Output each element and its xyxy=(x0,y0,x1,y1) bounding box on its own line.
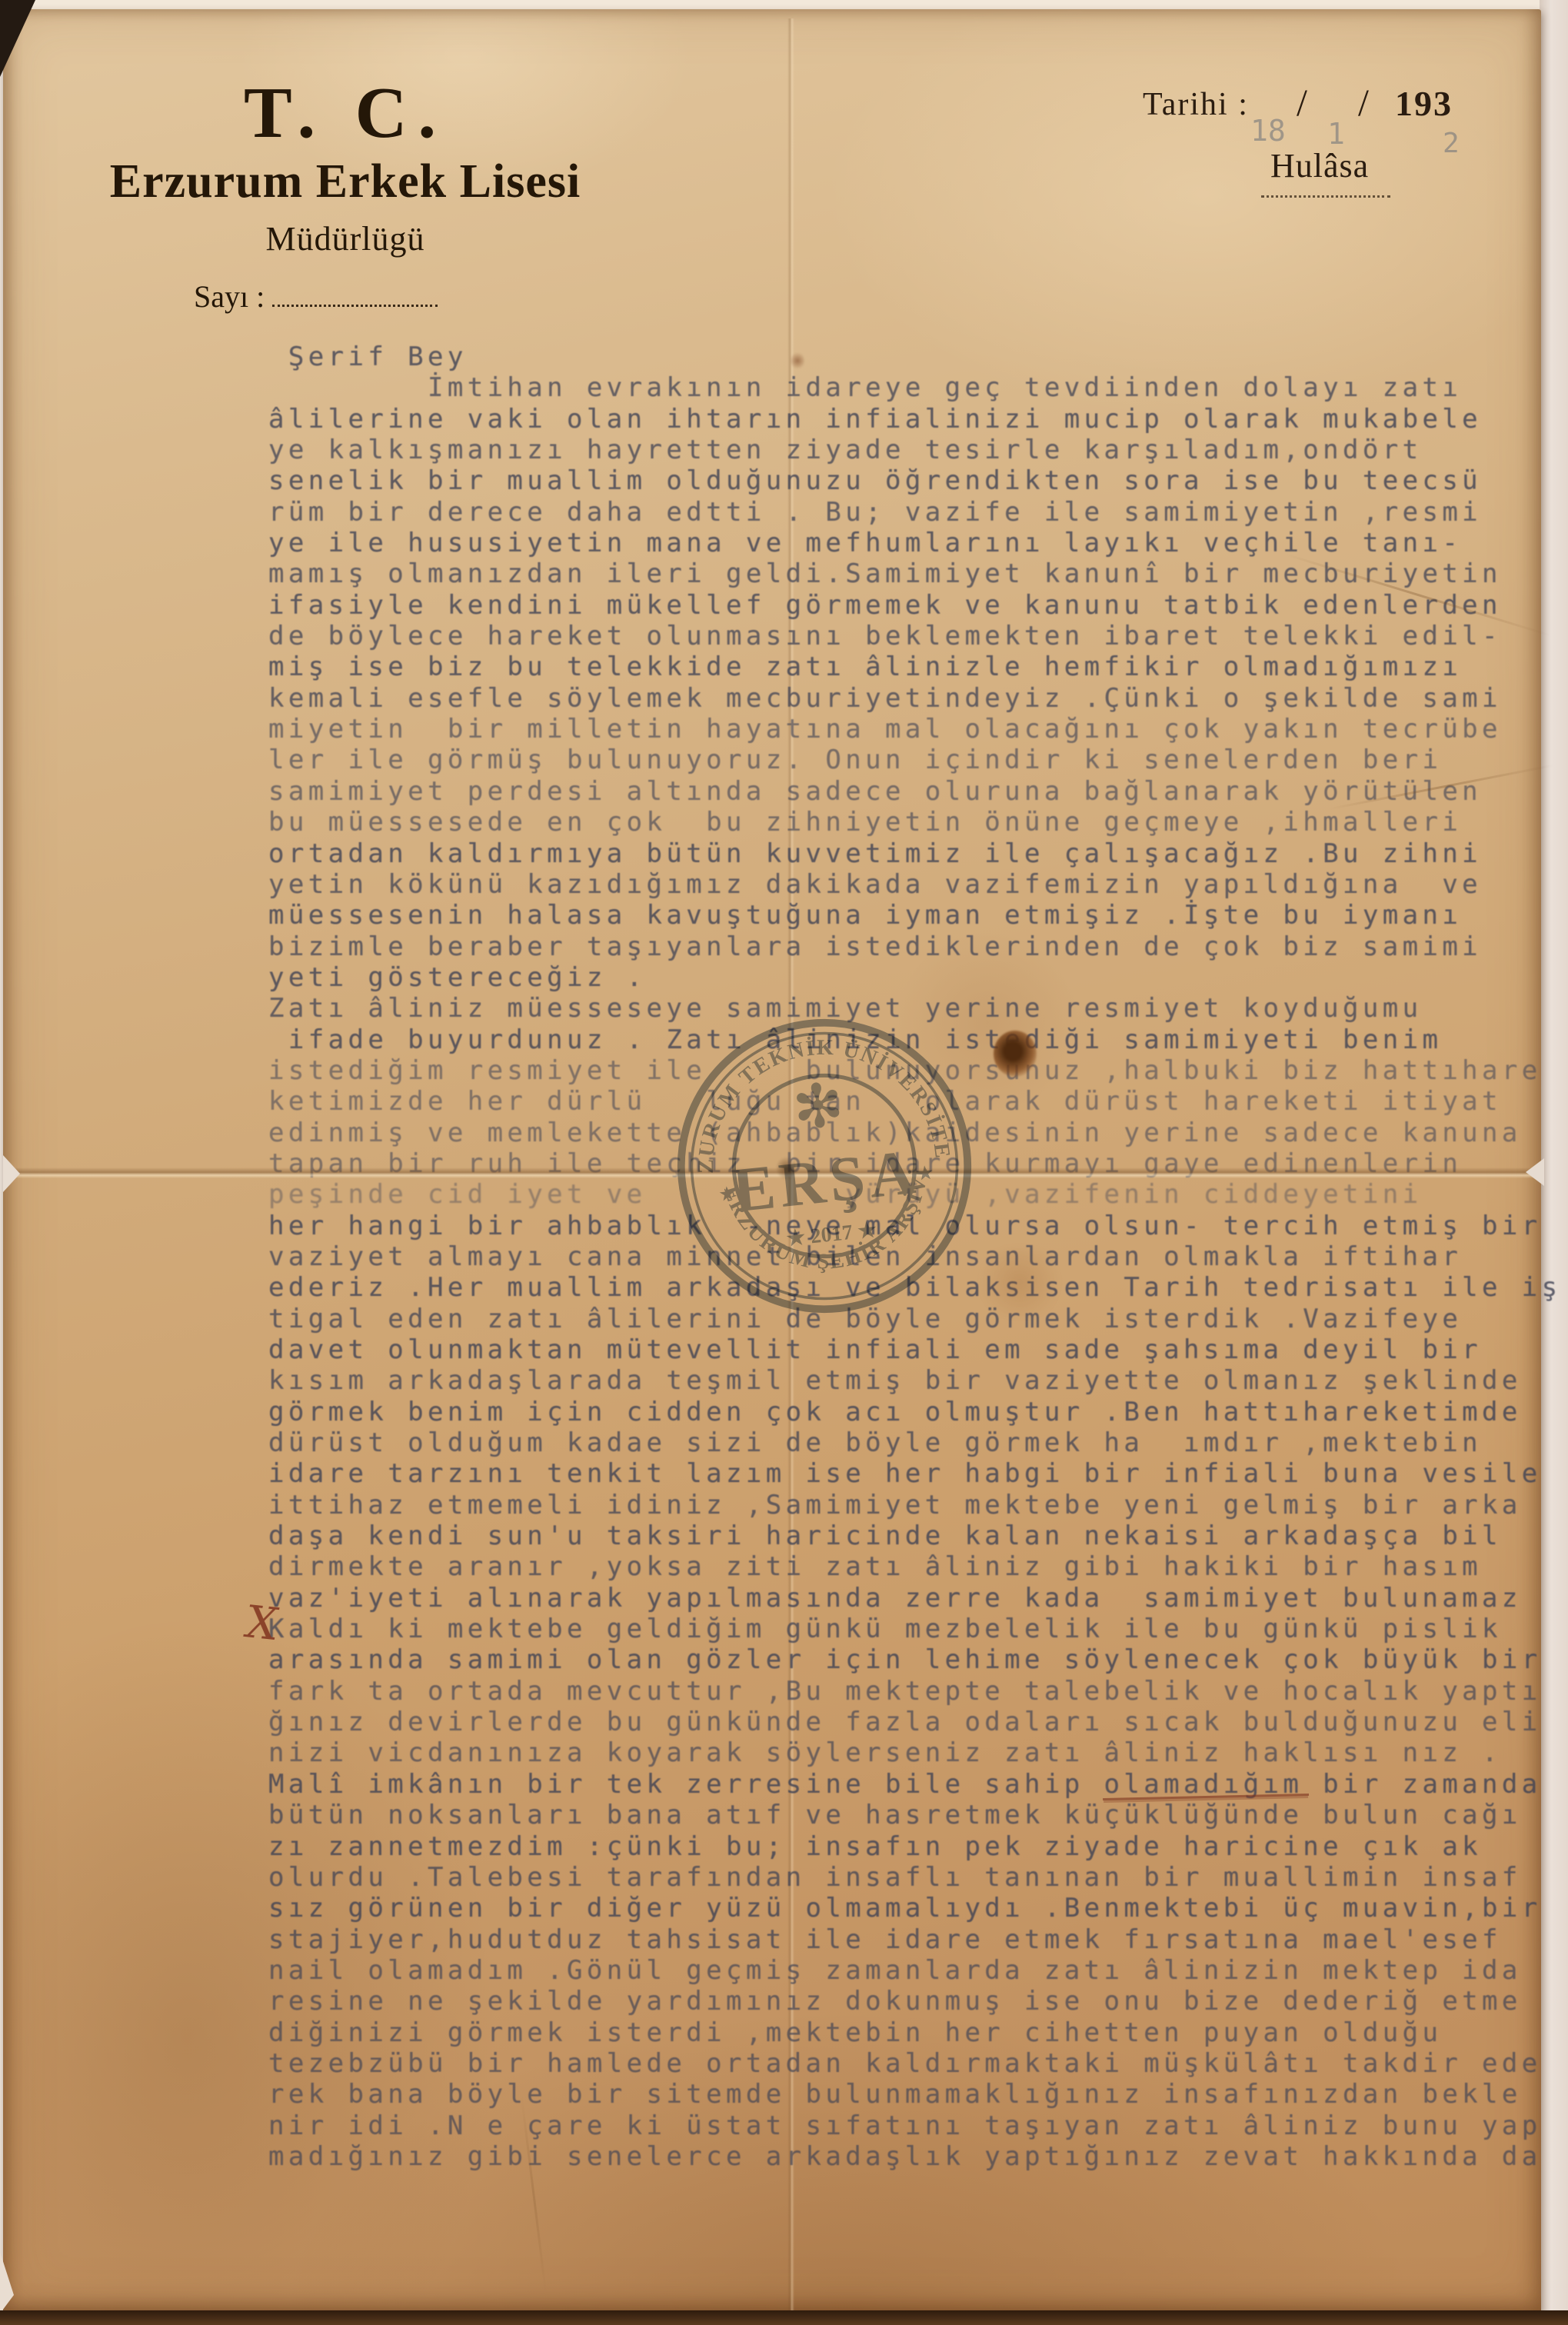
letterhead: T. C. Erzurum Erkek Lisesi Müdürlügü Say… xyxy=(103,77,588,315)
letter-line: dirmekte aranır ,yoksa ziti zatı âliniz … xyxy=(268,1551,1560,1582)
letter-line: bütün noksanları bana atıf ve hasretmek … xyxy=(268,1800,1560,1830)
letter-line: senelik bir muallim olduğunuzu öğrendikt… xyxy=(268,465,1560,496)
letterhead-office: Müdürlügü xyxy=(103,219,588,258)
letter-line: nir idi .N e çare ki üstat sıfatını taşı… xyxy=(268,2110,1560,2141)
letter-line: ler ile görmüş bulunuyoruz. Onun içindir… xyxy=(268,744,1560,775)
letter-line: ittihaz etmemeli idiniz ,Samimiyet mekte… xyxy=(268,1490,1560,1521)
letter-line: kısım arkadaşlarada teşmil etmiş bir vaz… xyxy=(268,1365,1560,1396)
letter-line: ortadan kaldırmıya bütün kuvvetimiz ile … xyxy=(268,838,1560,869)
letter-line: vaz'iyeti alınarak yapılmasında zerre ka… xyxy=(268,1583,1560,1614)
letter-line: daşa kendi sun'u taksiri haricinde kalan… xyxy=(268,1521,1560,1551)
sayi-label: Sayı : xyxy=(194,279,265,314)
letter-line: ğınız devirlerde bu günkünde fazla odala… xyxy=(268,1707,1560,1737)
letter-line: nizi vicdanınıza koyarak söylerseniz zat… xyxy=(268,1737,1560,1768)
letter-line: rüm bir derece daha edtti . Bu; vazife i… xyxy=(268,497,1560,528)
letter-line: dürüst olduğum kadae sizi de böyle görme… xyxy=(268,1427,1560,1458)
letter-page: T. C. Erzurum Erkek Lisesi Müdürlügü Say… xyxy=(3,9,1541,2312)
sayi-dotted-line xyxy=(272,274,438,307)
letter-line: Şerif Bey xyxy=(268,341,1560,372)
letter-line: miş ise biz bu telekkide zatı âlinizle h… xyxy=(268,651,1560,682)
letter-line: zı zannetmezdim :çünki bu; insafın pek z… xyxy=(268,1831,1560,1862)
archive-stamp: ERZURUM TEKNİK ÜNİVERSİTESİ ERZURUM ŞEHİ… xyxy=(659,1001,990,1332)
letter-line: arasında samimi olan gözler için lehime … xyxy=(268,1644,1560,1675)
stamp-center-text: ERŞA xyxy=(729,1136,922,1225)
letter-line: mamış olmanızdan ileri geldi.Samimiyet k… xyxy=(268,558,1560,589)
letter-line: yetin kökünü kazıdığımız dakikada vazife… xyxy=(268,869,1560,900)
stamp-star-right: ★ xyxy=(915,1161,935,1185)
letter-line: nail olamadım .Gönül geçmiş zamanlarda z… xyxy=(268,1955,1560,1986)
letter-line: İmtihan evrakının idareye geç tevdiinden… xyxy=(268,372,1560,403)
letter-line: ye ile hususiyetin mana ve mefhumlarını … xyxy=(268,528,1560,558)
letter-line: bu müessesede en çok bu zihniyetin önüne… xyxy=(268,807,1560,838)
date-day: 18 xyxy=(1250,114,1286,148)
date-slash: / xyxy=(1358,80,1369,125)
letter-line: yeti göstereceğiz . xyxy=(268,962,1560,993)
letter-line: fark ta ortada mevcuttur ,Bu mektepte ta… xyxy=(268,1676,1560,1707)
letter-line: sız görünen bir diğer yüzü olmamalıydı .… xyxy=(268,1893,1560,1924)
letter-line: görmek benim için cidden çok acı olmuştu… xyxy=(268,1397,1560,1427)
letter-line: olurdu .Talebesi tarafından insaflı tanı… xyxy=(268,1862,1560,1893)
edge-tear-left xyxy=(3,1155,20,1192)
letter-line: Malî imkânın bir tek zerresine bile sahi… xyxy=(268,1769,1560,1800)
letter-line: madığınız gibi senelerce arkadaşlık yapt… xyxy=(268,2141,1560,2172)
date-slash: / xyxy=(1297,80,1307,125)
scan-background-bottom xyxy=(0,2310,1568,2325)
letter-line: Kaldı ki mektebe geldiğim günkü mezbelel… xyxy=(268,1614,1560,1644)
letter-line: davet olunmaktan mütevellit infiali em s… xyxy=(268,1334,1560,1365)
hulasa-label: Hulâsa xyxy=(1270,146,1369,185)
letterhead-school-name: Erzurum Erkek Lisesi xyxy=(103,157,588,207)
letter-line: bizimle beraber taşıyanlara istediklerin… xyxy=(268,931,1560,962)
letter-line: müessesenin halasa kavuştuğuna iyman etm… xyxy=(268,900,1560,931)
letter-line: ifasiyle kendini mükellef görmemek ve ka… xyxy=(268,590,1560,621)
letter-line: tezebzübü bir hamlede ortadan kaldırmakt… xyxy=(268,2048,1560,2079)
letter-line: miyetin bir milletin hayatına mal olacağ… xyxy=(268,714,1560,744)
hulasa-dotted-line xyxy=(1261,192,1390,198)
tarihi-label: Tarihi : xyxy=(1143,86,1249,123)
letter-line: stajiyer,hudutduz tahsisat ile idare etm… xyxy=(268,1924,1560,1955)
ink-burn-spot xyxy=(994,1031,1037,1077)
date-year-written: 2 xyxy=(1443,128,1460,159)
letter-line: kemali esefle söylemek mecburiyetindeyiz… xyxy=(268,683,1560,714)
date-year-printed: 193 xyxy=(1395,83,1453,124)
letterhead-sayi-row: Sayı : xyxy=(103,274,588,315)
letter-line: idare tarzını tenkit lazım ise her habgi… xyxy=(268,1458,1560,1489)
letter-line: ye kalkışmanızı hayretten ziyade tesirle… xyxy=(268,435,1560,465)
paper-stain xyxy=(791,352,804,369)
letter-line: resine ne şekilde yardımınız dokunmuş is… xyxy=(268,1986,1560,2017)
letter-line: de böylece hareket olunmasını beklemekte… xyxy=(268,621,1560,651)
scanned-letter-photo: T. C. Erzurum Erkek Lisesi Müdürlügü Say… xyxy=(0,0,1568,2325)
stamp-star-left: ★ xyxy=(717,1182,737,1206)
stamp-snowflake-ornament: ✻ xyxy=(790,1071,847,1142)
letterhead-tc: T. C. xyxy=(103,77,588,149)
letter-line: diğinizi görmek isterdi ,mektebin her ci… xyxy=(268,2017,1560,2048)
letter-line: âlilerine vaki olan ihtarın infialinizi … xyxy=(268,404,1560,435)
letter-line: rek bana böyle bir sitemde bulunmamaklığ… xyxy=(268,2079,1560,2110)
